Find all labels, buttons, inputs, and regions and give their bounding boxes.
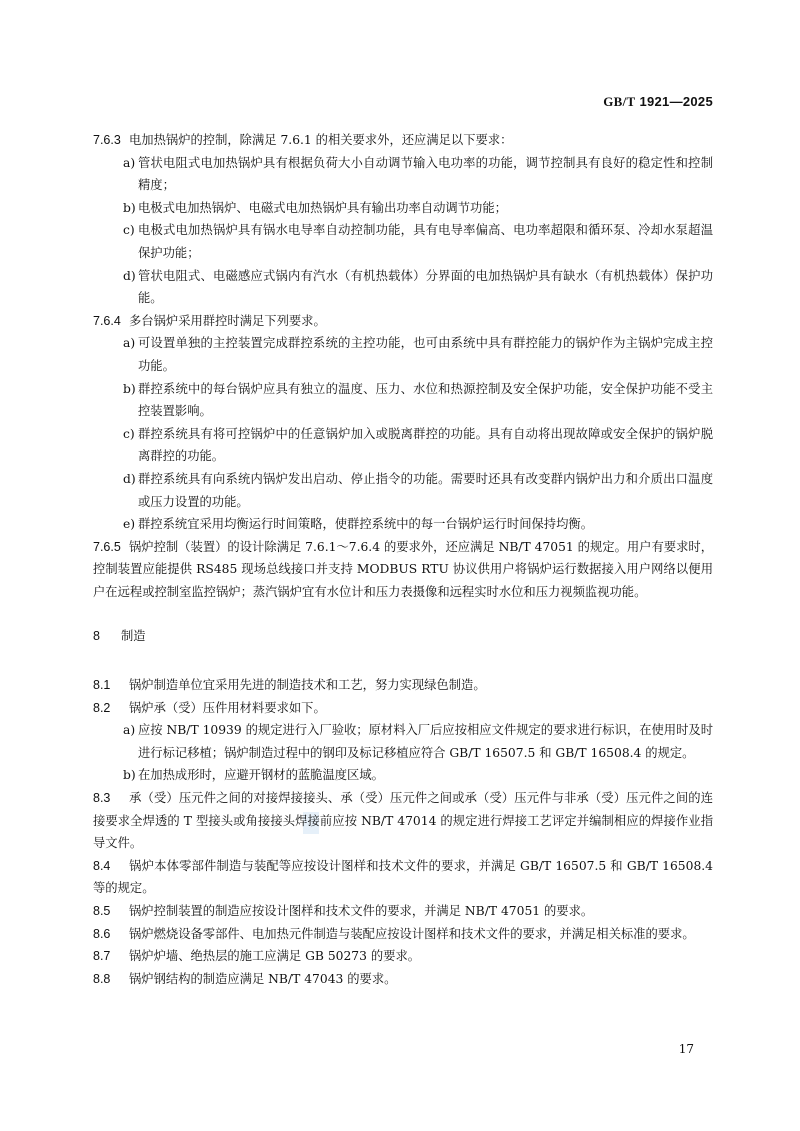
clause-8-7: 8.7锅炉炉墙、绝热层的施工应满足 GB 50273 的要求。	[93, 945, 713, 968]
list-item-text: 管状电阻式电加热锅炉具有根据负荷大小自动调节输入电功率的功能，调节控制具有良好的…	[138, 156, 713, 193]
clause-7-6-3: 7.6.3电加热锅炉的控制，除满足 7.6.1 的相关要求外，还应满足以下要求：…	[93, 129, 713, 310]
clause-text: 锅炉燃烧设备零部件、电加热元件制造与装配应按设计图样和技术文件的要求，并满足相关…	[129, 927, 695, 941]
list-marker: a)	[123, 332, 138, 355]
clause-text: 锅炉钢结构的制造应满足 NB/T 47043 的要求。	[129, 972, 396, 986]
clause-number: 8.4	[93, 855, 123, 878]
list-item-text: 管状电阻式、电磁感应式锅内有汽水（有机热载体）分界面的电加热锅炉具有缺水（有机热…	[138, 269, 713, 306]
list-marker: c)	[123, 423, 138, 446]
clause-8-5: 8.5锅炉控制装置的制造应按设计图样和技术文件的要求，并满足 NB/T 4705…	[93, 900, 713, 923]
list-item: d)群控系统具有向系统内锅炉发出启动、停止指令的功能。需要时还具有改变群内锅炉出…	[93, 468, 713, 513]
list-marker: a)	[123, 152, 138, 175]
clause-text: 多台锅炉采用群控时满足下列要求。	[129, 314, 326, 328]
list-marker: b)	[123, 197, 138, 220]
clause-text: 锅炉控制装置的制造应按设计图样和技术文件的要求，并满足 NB/T 47051 的…	[129, 904, 593, 918]
list-item-text: 群控系统具有向系统内锅炉发出启动、停止指令的功能。需要时还具有改变群内锅炉出力和…	[138, 472, 713, 509]
list-item-text: 可设置单独的主控装置完成群控系统的主控功能，也可由系统中具有群控能力的锅炉作为主…	[138, 336, 713, 373]
list-marker: c)	[123, 219, 138, 242]
section-heading: 8制造	[93, 617, 713, 674]
clause-8-3: 8.3承（受）压元件之间的对接焊接接头、承（受）压元件之间或承（受）压元件与非承…	[93, 787, 713, 855]
document-page: GB/T 1921—2025 7.6.3电加热锅炉的控制，除满足 7.6.1 的…	[0, 0, 800, 1131]
list-item-text: 应按 NB/T 10939 的规定进行入厂验收；原材料入厂后应按相应文件规定的要…	[138, 723, 713, 760]
clause-number: 7.6.4	[93, 310, 123, 333]
clause-8-8: 8.8锅炉钢结构的制造应满足 NB/T 47043 的要求。	[93, 968, 713, 991]
clause-text: 锅炉承（受）压件用材料要求如下。	[129, 701, 326, 715]
list-item-text: 群控系统具有将可控锅炉中的任意锅炉加入或脱离群控的功能。具有自动将出现故障或安全…	[138, 427, 713, 464]
clause-text: 锅炉控制（装置）的设计除满足 7.6.1～7.6.4 的要求外，还应满足 NB/…	[93, 540, 713, 599]
list-item: a)可设置单独的主控装置完成群控系统的主控功能，也可由系统中具有群控能力的锅炉作…	[93, 332, 713, 377]
clause-7-6-4: 7.6.4多台锅炉采用群控时满足下列要求。 a)可设置单独的主控装置完成群控系统…	[93, 310, 713, 536]
list-item-text: 电极式电加热锅炉、电磁式电加热锅炉具有输出功率自动调节功能；	[138, 201, 507, 215]
section-title: 制造	[121, 629, 146, 643]
list-marker: e)	[123, 513, 138, 536]
clause-number: 8.1	[93, 674, 123, 697]
clause-text: 电加热锅炉的控制，除满足 7.6.1 的相关要求外，还应满足以下要求：	[129, 133, 512, 147]
clause-8-2: 8.2锅炉承（受）压件用材料要求如下。 a)应按 NB/T 10939 的规定进…	[93, 697, 713, 787]
list-item: b)在加热成形时，应避开钢材的蓝脆温度区域。	[93, 764, 713, 787]
clause-number: 7.6.5	[93, 536, 123, 559]
clause-number: 7.6.3	[93, 129, 123, 152]
clause-number: 8.8	[93, 968, 123, 991]
standard-prefix: GB/T	[603, 94, 635, 109]
clause-number: 8.6	[93, 923, 123, 946]
clause-7-6-5: 7.6.5锅炉控制（装置）的设计除满足 7.6.1～7.6.4 的要求外，还应满…	[93, 536, 713, 604]
clause-number: 8.3	[93, 787, 123, 810]
list-item-text: 电极式电加热锅炉具有锅水电导率自动控制功能，具有电导率偏高、电功率超限和循环泵、…	[138, 223, 713, 260]
list-item-text: 群控系统宜采用均衡运行时间策略，使群控系统中的每一台锅炉运行时间保持均衡。	[138, 517, 593, 531]
clause-number: 8.2	[93, 697, 123, 720]
page-number: 17	[679, 1042, 694, 1056]
list-item: b)电极式电加热锅炉、电磁式电加热锅炉具有输出功率自动调节功能；	[93, 197, 713, 220]
clause-text: 锅炉制造单位宜采用先进的制造技术和工艺，努力实现绿色制造。	[129, 678, 486, 692]
document-body: 7.6.3电加热锅炉的控制，除满足 7.6.1 的相关要求外，还应满足以下要求：…	[93, 129, 713, 990]
clause-8-4: 8.4锅炉本体零部件制造与装配等应按设计图样和技术文件的要求，并满足 GB/T …	[93, 855, 713, 900]
list-marker: d)	[123, 265, 138, 288]
clause-number: 8.7	[93, 945, 123, 968]
list-marker: d)	[123, 468, 138, 491]
list-item: b)群控系统中的每台锅炉应具有独立的温度、压力、水位和热源控制及安全保护功能，安…	[93, 378, 713, 423]
list-item: a)应按 NB/T 10939 的规定进行入厂验收；原材料入厂后应按相应文件规定…	[93, 719, 713, 764]
list-item: c)群控系统具有将可控锅炉中的任意锅炉加入或脱离群控的功能。具有自动将出现故障或…	[93, 423, 713, 468]
list-item: e)群控系统宜采用均衡运行时间策略，使群控系统中的每一台锅炉运行时间保持均衡。	[93, 513, 713, 536]
list-item-text: 在加热成形时，应避开钢材的蓝脆温度区域。	[138, 768, 384, 782]
list-item: a)管状电阻式电加热锅炉具有根据负荷大小自动调节输入电功率的功能，调节控制具有良…	[93, 152, 713, 197]
list-item: d)管状电阻式、电磁感应式锅内有汽水（有机热载体）分界面的电加热锅炉具有缺水（有…	[93, 265, 713, 310]
list-marker: b)	[123, 378, 138, 401]
list-marker: b)	[123, 764, 138, 787]
list-item: c)电极式电加热锅炉具有锅水电导率自动控制功能，具有电导率偏高、电功率超限和循环…	[93, 219, 713, 264]
clause-number: 8.5	[93, 900, 123, 923]
standard-number-header: GB/T 1921—2025	[603, 94, 713, 110]
clause-text: 承（受）压元件之间的对接焊接接头、承（受）压元件之间或承（受）压元件与非承（受）…	[93, 791, 713, 850]
clause-text: 锅炉本体零部件制造与装配等应按设计图样和技术文件的要求，并满足 GB/T 165…	[93, 859, 713, 896]
list-item-text: 群控系统中的每台锅炉应具有独立的温度、压力、水位和热源控制及安全保护功能，安全保…	[138, 382, 713, 419]
clause-8-1: 8.1锅炉制造单位宜采用先进的制造技术和工艺，努力实现绿色制造。	[93, 674, 713, 697]
list-marker: a)	[123, 719, 138, 742]
standard-number: 1921—2025	[639, 94, 713, 109]
section-number: 8	[93, 625, 115, 648]
clause-8-6: 8.6锅炉燃烧设备零部件、电加热元件制造与装配应按设计图样和技术文件的要求，并满…	[93, 923, 713, 946]
clause-text: 锅炉炉墙、绝热层的施工应满足 GB 50273 的要求。	[129, 949, 420, 963]
